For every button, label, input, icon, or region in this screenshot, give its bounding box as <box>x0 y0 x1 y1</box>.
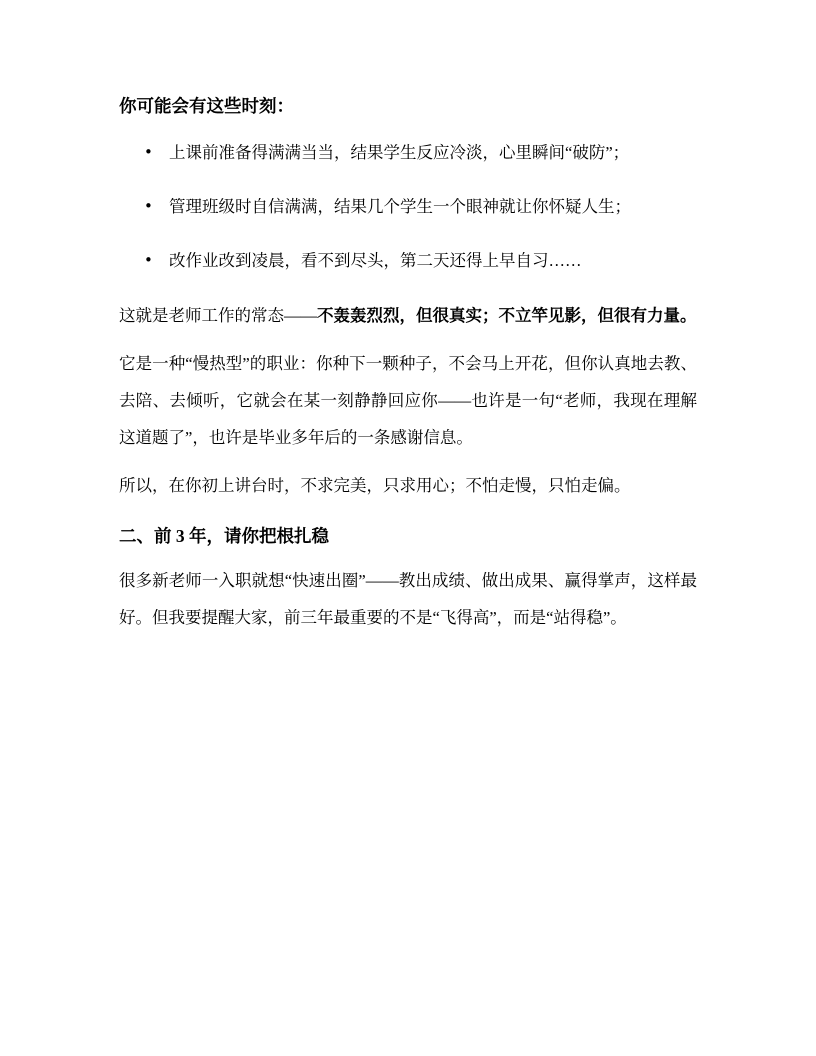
paragraph-lead-text: 这就是老师工作的常态—— <box>119 306 317 325</box>
paragraph-normal-state: 这就是老师工作的常态——不轰轰烈烈，但很真实；不立竿见影，但很有力量。 <box>119 297 697 334</box>
bullet-marker-icon: • <box>144 186 153 227</box>
paragraph-bold-text: 不轰轰烈烈，但很真实；不立竿见影，但很有力量。 <box>317 306 697 325</box>
paragraph-slow-type: 它是一种“慢热型”的职业：你种下一颗种子，不会马上开花，但你认真地去教、去陪、去… <box>119 345 697 456</box>
paragraph-section-2: 很多新老师一入职就想“快速出圈”——教出成绩、做出成果、赢得掌声，这样最好。但我… <box>119 562 697 636</box>
bullet-marker-icon: • <box>144 240 153 281</box>
list-item-text: 改作业改到凌晨，看不到尽头，第二天还得上早自习…… <box>169 251 582 270</box>
list-item: • 管理班级时自信满满，结果几个学生一个眼神就让你怀疑人生； <box>119 186 697 227</box>
heading-moments: 你可能会有这些时刻： <box>119 94 697 118</box>
list-item-text: 管理班级时自信满满，结果几个学生一个眼神就让你怀疑人生； <box>169 197 631 216</box>
list-item-text: 上课前准备得满满当当，结果学生反应冷淡，心里瞬间“破防”； <box>169 143 629 162</box>
list-item: • 上课前准备得满满当当，结果学生反应冷淡，心里瞬间“破防”； <box>119 132 697 173</box>
moments-bullet-list: • 上课前准备得满满当当，结果学生反应冷淡，心里瞬间“破防”； • 管理班级时自… <box>119 132 697 281</box>
list-item: • 改作业改到凌晨，看不到尽头，第二天还得上早自习…… <box>119 240 697 281</box>
document-body: 你可能会有这些时刻： • 上课前准备得满满当当，结果学生反应冷淡，心里瞬间“破防… <box>119 94 697 636</box>
bullet-marker-icon: • <box>144 132 153 173</box>
heading-section-2: 二、前 3 年，请你把根扎稳 <box>119 524 697 548</box>
paragraph-so: 所以，在你初上讲台时，不求完美，只求用心；不怕走慢，只怕走偏。 <box>119 467 697 504</box>
document-page: 你可能会有这些时刻： • 上课前准备得满满当当，结果学生反应冷淡，心里瞬间“破防… <box>0 0 816 1056</box>
